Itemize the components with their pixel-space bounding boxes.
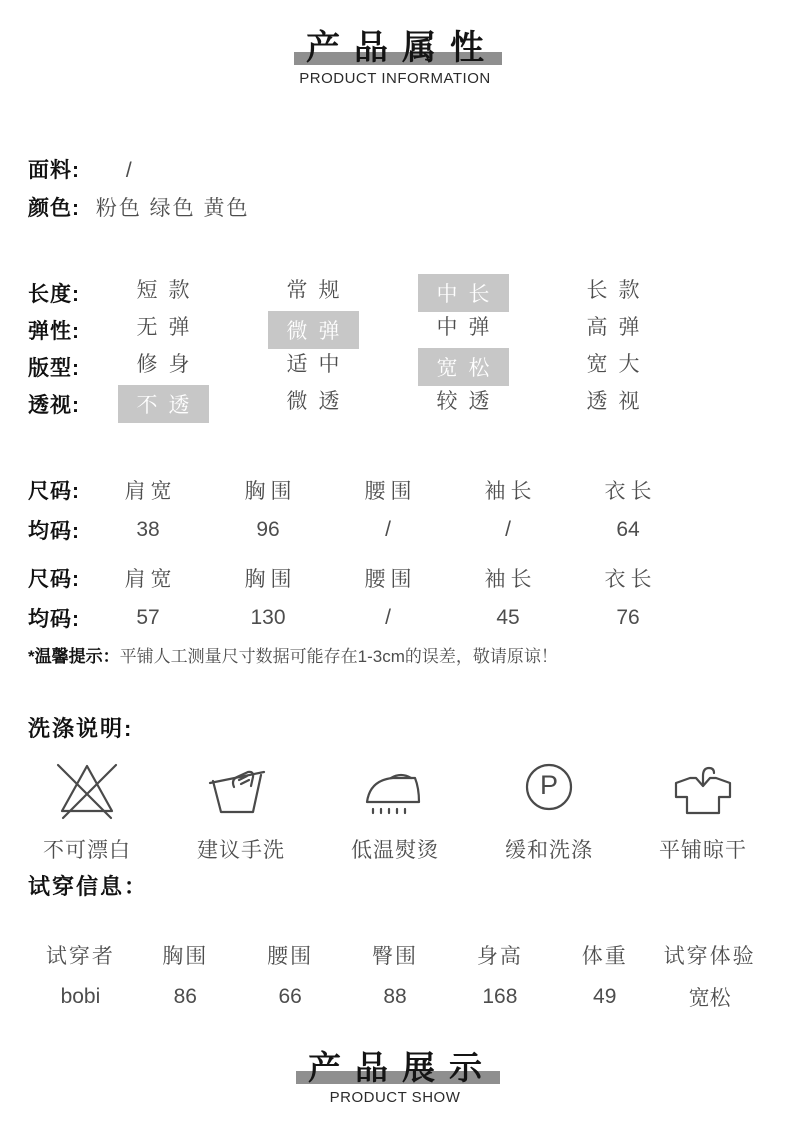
option-text: 宽大 (576, 348, 651, 378)
option-text-selected: 中长 (418, 274, 509, 312)
color-label: 颜色: (28, 197, 80, 220)
option-cell: 高弹 (538, 311, 688, 349)
size-col-header: 胸围 (208, 563, 328, 593)
size-col-header: 腰围 (328, 475, 448, 505)
size-value: 45 (448, 606, 568, 630)
size-col-header: 袖长 (448, 475, 568, 505)
transparency-options: 不透 微透 较透 透视 (88, 385, 688, 423)
fitting-value: 宽松 (657, 982, 762, 1012)
attribute-row-length: 长度: 短款 常规 中长 长款 (28, 274, 688, 311)
size-table-1: 尺码: 肩宽 胸围 腰围 袖长 衣长 均码: 38 96 / / 64 (28, 470, 688, 550)
option-cell: 宽大 (538, 348, 688, 386)
wash-item-no-bleach: 不可漂白 (28, 748, 146, 864)
wash-item-label: 低温熨烫 (336, 834, 454, 864)
option-text: 透视 (576, 385, 651, 415)
fitting-col-header: 身高 (447, 940, 552, 970)
size-value-row: 均码: 57 130 / 45 76 (28, 598, 688, 638)
page-title: 产品属性 (292, 30, 498, 67)
size-col-header: 肩宽 (88, 563, 208, 593)
option-cell-selected: 不透 (88, 385, 238, 423)
color-row: 颜色: 粉色 绿色 黄色 (28, 190, 250, 228)
option-text: 短款 (126, 274, 201, 304)
title-wrap: 产品展示 (294, 1050, 496, 1086)
option-text: 较透 (426, 385, 501, 415)
length-options: 短款 常规 中长 长款 (88, 274, 688, 312)
size-col-header: 肩宽 (88, 475, 208, 505)
size-value-row: 均码: 38 96 / / 64 (28, 510, 688, 550)
fitting-header-row: 试穿者 胸围 腰围 臀围 身高 体重 试穿体验 (28, 934, 762, 976)
gentle-wash-icon: P (490, 748, 608, 832)
size-value: 57 (88, 606, 208, 630)
fitting-col-header: 臀围 (343, 940, 448, 970)
option-text-selected: 不透 (118, 385, 209, 423)
fabric-label: 面料: (28, 159, 80, 182)
option-text: 高弹 (576, 311, 651, 341)
size-header-row: 尺码: 肩宽 胸围 腰围 袖长 衣长 (28, 470, 688, 510)
transparency-label: 透视: (28, 389, 88, 419)
dry-flat-icon (644, 748, 762, 832)
fitting-table: 试穿者 胸围 腰围 臀围 身高 体重 试穿体验 bobi 86 66 88 16… (28, 934, 762, 1018)
fitting-value: bobi (28, 985, 133, 1009)
footer-title: 产品展示 (294, 1050, 496, 1086)
fitting-heading: 试穿信息： (28, 870, 148, 901)
fitting-col-header: 试穿者 (28, 940, 133, 970)
size-value: 130 (208, 606, 328, 630)
size-value: / (448, 518, 568, 542)
option-text: 中弹 (426, 311, 501, 341)
option-cell: 短款 (88, 274, 238, 312)
option-cell-selected: 宽松 (388, 348, 538, 386)
option-cell: 修身 (88, 348, 238, 386)
size-col-header: 衣长 (568, 475, 688, 505)
size-header-row: 尺码: 肩宽 胸围 腰围 袖长 衣长 (28, 558, 688, 598)
one-size-label: 均码: (28, 515, 88, 545)
fitting-value: 66 (238, 985, 343, 1009)
option-cell-selected: 微弹 (238, 311, 388, 349)
color-value: 粉色 绿色 黄色 (96, 197, 250, 220)
tip-text: 平铺人工测量尺寸数据可能存在1-3cm的误差，敬请原谅！ (120, 647, 558, 666)
size-value: / (328, 606, 448, 630)
size-col-header: 胸围 (208, 475, 328, 505)
fitting-value: 49 (552, 985, 657, 1009)
washing-heading: 洗涤说明: (28, 712, 133, 743)
option-cell: 中弹 (388, 311, 538, 349)
product-show-title-block: 产品展示 PRODUCT SHOW (0, 1050, 790, 1106)
attribute-row-transparency: 透视: 不透 微透 较透 透视 (28, 385, 688, 422)
option-text: 微透 (276, 385, 351, 415)
fitting-value-row: bobi 86 66 88 168 49 宽松 (28, 976, 762, 1018)
wash-item-dry-flat: 平铺晾干 (644, 748, 762, 864)
title-wrap: 产品属性 (292, 30, 498, 67)
size-col-header: 衣长 (568, 563, 688, 593)
option-cell: 长款 (538, 274, 688, 312)
fabric-row: 面料: / (28, 152, 250, 190)
size-value: / (328, 518, 448, 542)
page-subtitle: PRODUCT INFORMATION (0, 70, 790, 87)
size-value: 38 (88, 518, 208, 542)
option-cell: 无弹 (88, 311, 238, 349)
fitting-value: 168 (447, 985, 552, 1009)
wash-item-label: 缓和洗涤 (490, 834, 608, 864)
fit-label: 版型: (28, 352, 88, 382)
option-cell: 微透 (238, 385, 388, 423)
size-tables-section: 尺码: 肩宽 胸围 腰围 袖长 衣长 均码: 38 96 / / 64 尺码: … (28, 470, 688, 646)
wash-item-gentle-wash: P 缓和洗涤 (490, 748, 608, 864)
size-label: 尺码: (28, 563, 88, 593)
basic-info-section: 面料: / 颜色: 粉色 绿色 黄色 (28, 152, 250, 228)
option-text: 适中 (276, 348, 351, 378)
attribute-row-elasticity: 弹性: 无弹 微弹 中弹 高弹 (28, 311, 688, 348)
fitting-col-header: 腰围 (238, 940, 343, 970)
length-label: 长度: (28, 278, 88, 308)
option-text-selected: 微弹 (268, 311, 359, 349)
measurement-tip: *温馨提示：平铺人工测量尺寸数据可能存在1-3cm的误差，敬请原谅！ (28, 645, 558, 669)
wash-item-label: 平铺晾干 (644, 834, 762, 864)
option-text: 无弹 (126, 311, 201, 341)
size-col-header: 腰围 (328, 563, 448, 593)
elasticity-options: 无弹 微弹 中弹 高弹 (88, 311, 688, 349)
fitting-col-header: 试穿体验 (657, 940, 762, 970)
size-value: 64 (568, 518, 688, 542)
option-cell: 较透 (388, 385, 538, 423)
size-col-header: 袖长 (448, 563, 568, 593)
fitting-col-header: 体重 (552, 940, 657, 970)
fitting-value: 88 (343, 985, 448, 1009)
fit-options: 修身 适中 宽松 宽大 (88, 348, 688, 386)
wash-item-label: 不可漂白 (28, 834, 146, 864)
elasticity-label: 弹性: (28, 315, 88, 345)
fitting-value: 86 (133, 985, 238, 1009)
size-label: 尺码: (28, 475, 88, 505)
product-info-title-block: 产品属性 PRODUCT INFORMATION (0, 30, 790, 87)
option-cell: 透视 (538, 385, 688, 423)
size-value: 76 (568, 606, 688, 630)
size-value: 96 (208, 518, 328, 542)
washing-items: 不可漂白 建议手洗 (28, 748, 762, 864)
wash-item-hand-wash: 建议手洗 (182, 748, 300, 864)
low-temp-iron-icon (336, 748, 454, 832)
attributes-section: 长度: 短款 常规 中长 长款 弹性: 无弹 微弹 中弹 高弹 版型: 修身 适… (28, 274, 688, 422)
tip-label: *温馨提示： (28, 647, 120, 666)
footer-subtitle: PRODUCT SHOW (0, 1089, 790, 1106)
fabric-value: / (126, 159, 132, 182)
one-size-label: 均码: (28, 603, 88, 633)
attribute-row-fit: 版型: 修身 适中 宽松 宽大 (28, 348, 688, 385)
gentle-wash-letter: P (490, 758, 608, 812)
option-text-selected: 宽松 (418, 348, 509, 386)
option-cell-selected: 中长 (388, 274, 538, 312)
option-text: 常规 (276, 274, 351, 304)
option-text: 长款 (576, 274, 651, 304)
fitting-col-header: 胸围 (133, 940, 238, 970)
option-cell: 常规 (238, 274, 388, 312)
option-text: 修身 (126, 348, 201, 378)
wash-item-label: 建议手洗 (182, 834, 300, 864)
wash-item-low-temp-iron: 低温熨烫 (336, 748, 454, 864)
option-cell: 适中 (238, 348, 388, 386)
hand-wash-icon (182, 748, 300, 832)
product-information-page: 产品属性 PRODUCT INFORMATION 面料: / 颜色: 粉色 绿色… (0, 0, 790, 1133)
size-table-2: 尺码: 肩宽 胸围 腰围 袖长 衣长 均码: 57 130 / 45 76 (28, 558, 688, 638)
no-bleach-icon (28, 748, 146, 832)
